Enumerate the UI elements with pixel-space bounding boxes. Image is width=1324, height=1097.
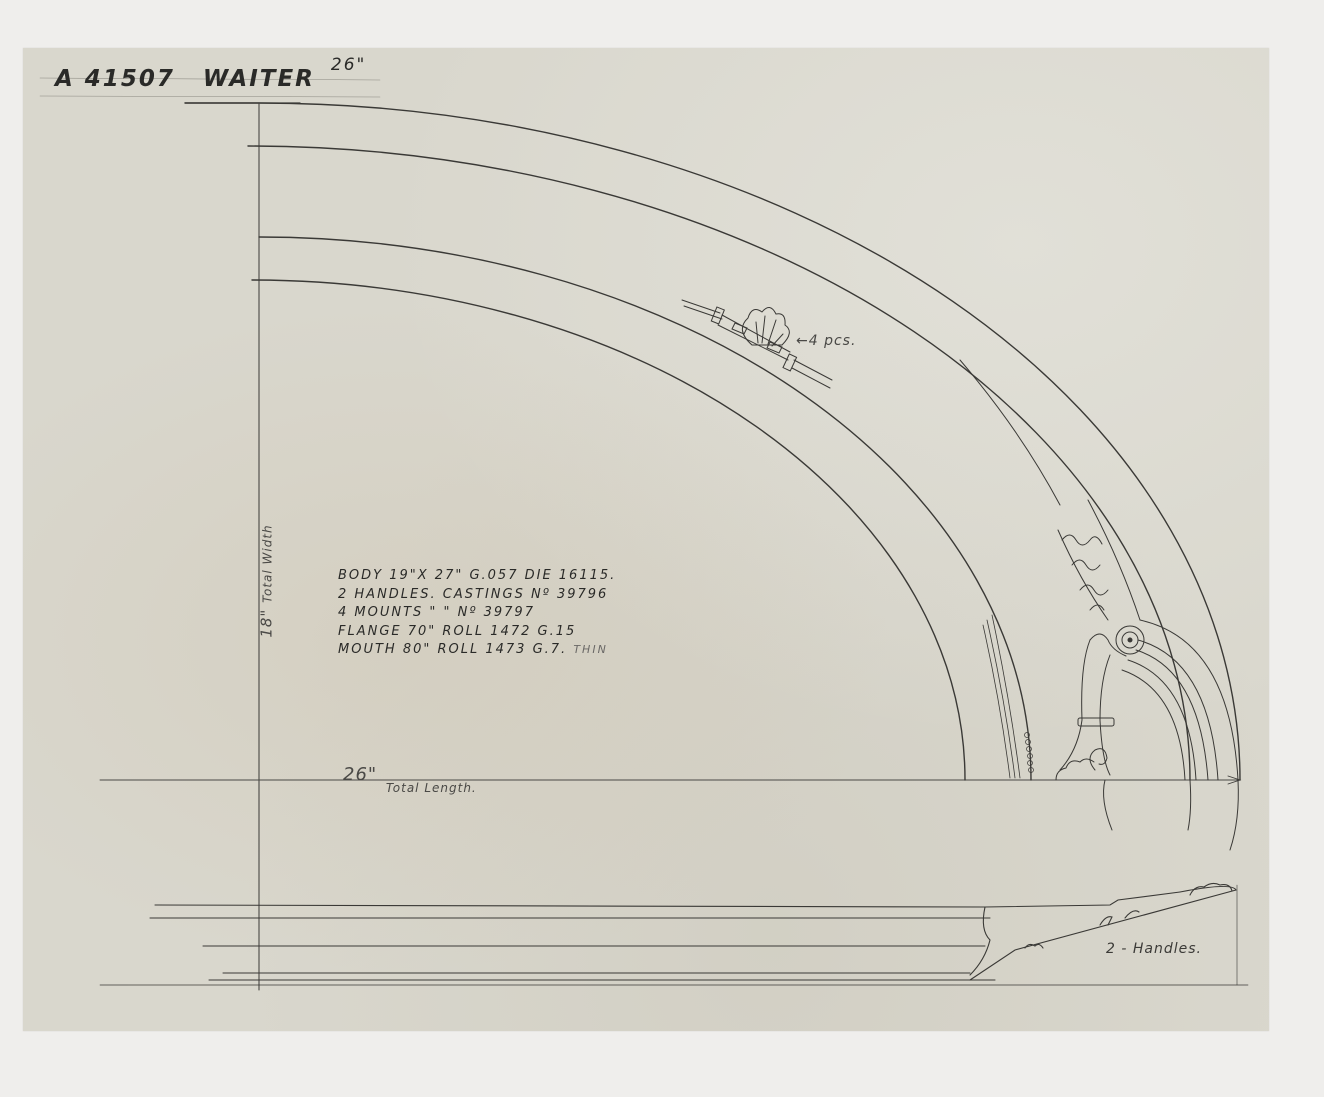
item-size: 26" bbox=[331, 55, 366, 75]
well-arc bbox=[252, 280, 965, 780]
outer-rim-arc bbox=[185, 103, 1240, 780]
handle-ornament bbox=[1056, 500, 1238, 850]
handles-count-annotation: 2 - Handles. bbox=[1106, 941, 1202, 957]
item-name: WAITER bbox=[203, 66, 315, 92]
spec-line-mounts: 4 MOUNTS " " Nº 39797 bbox=[338, 604, 616, 623]
spec-line-mouth: MOUTH 80" ROLL 1473 G.7. THIN bbox=[338, 641, 616, 660]
mounts-count-annotation: ←4 pcs. bbox=[796, 333, 856, 349]
specifications-block: BODY 19"X 27" G.057 DIE 16115. 2 HANDLES… bbox=[338, 567, 616, 660]
length-value: 26" bbox=[343, 764, 377, 785]
total-width-dimension: 18" Total Width bbox=[258, 524, 276, 637]
waiter-tray-drawing bbox=[0, 0, 1324, 1097]
width-value: 18" bbox=[258, 609, 276, 638]
spec-line-flange: FLANGE 70" ROLL 1472 G.15 bbox=[338, 623, 616, 642]
total-length-dimension: 26" Total Length. bbox=[343, 764, 477, 785]
width-label: Total Width bbox=[261, 524, 275, 603]
spec-note-thin: THIN bbox=[573, 643, 607, 656]
side-profile bbox=[100, 883, 1248, 985]
spec-line-body: BODY 19"X 27" G.057 DIE 16115. bbox=[338, 567, 616, 586]
catalog-number: A 41507 bbox=[55, 66, 175, 92]
length-label: Total Length. bbox=[386, 781, 477, 795]
spec-line-handles: 2 HANDLES. CASTINGS Nº 39796 bbox=[338, 586, 616, 605]
rim-inner-arc bbox=[248, 146, 1190, 780]
drawing-title: A 41507 WAITER 26" bbox=[55, 66, 366, 92]
flange-arc bbox=[259, 237, 1031, 780]
